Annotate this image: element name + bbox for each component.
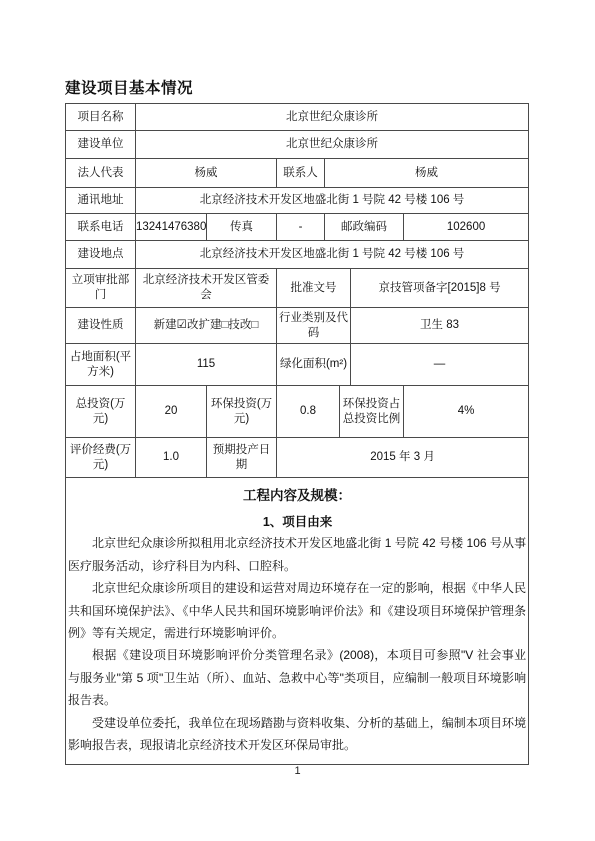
- project-content-cell: 工程内容及规模： 1、项目由来 北京世纪众康诊所拟租用北京经济技术开发区地盛北街…: [66, 478, 529, 765]
- page-title: 建设项目基本情况: [65, 76, 193, 98]
- table-row: 建设单位 北京世纪众康诊所: [66, 131, 529, 159]
- content-paragraph: 北京世纪众康诊所拟租用北京经济技术开发区地盛北街 1 号院 42 号楼 106 …: [68, 532, 526, 577]
- project-name-label: 项目名称: [66, 104, 136, 131]
- table-row: 法人代表 杨威 联系人 杨威: [66, 159, 529, 188]
- env-investment-ratio-label: 环保投资占总投资比例: [340, 386, 404, 438]
- content-paragraph: 北京世纪众康诊所项目的建设和运营对周边环境存在一定的影响，根据《中华人民共和国环…: [68, 577, 526, 644]
- approval-number-value: 京技管项备字[2015]8 号: [351, 269, 529, 308]
- construction-nature-label: 建设性质: [66, 308, 136, 344]
- project-name-value: 北京世纪众康诊所: [136, 104, 529, 131]
- table-row: 立项审批部门 北京经济技术开发区管委会 批准文号 京技管项备字[2015]8 号: [66, 269, 529, 308]
- evaluation-fee-value: 1.0: [136, 438, 207, 478]
- construction-site-label: 建设地点: [66, 241, 136, 269]
- expected-production-date-value: 2015 年 3 月: [277, 438, 529, 478]
- table-row: 工程内容及规模： 1、项目由来 北京世纪众康诊所拟租用北京经济技术开发区地盛北街…: [66, 478, 529, 765]
- phone-value: 13241476380: [136, 214, 207, 241]
- env-investment-ratio-value: 4%: [404, 386, 529, 438]
- postal-code-value: 102600: [404, 214, 529, 241]
- land-area-label: 占地面积(平方米): [66, 344, 136, 386]
- document-page: 建设项目基本情况 项目名称 北京世纪众康诊所 建设单位 北京世纪众康诊所 法人代…: [0, 0, 595, 841]
- fax-label: 传真: [207, 214, 277, 241]
- mailing-address-label: 通讯地址: [66, 188, 136, 214]
- table-row: 评价经费(万元) 1.0 预期投产日期 2015 年 3 月: [66, 438, 529, 478]
- industry-category-value: 卫生 83: [351, 308, 529, 344]
- land-area-value: 115: [136, 344, 277, 386]
- approval-department-value: 北京经济技术开发区管委会: [136, 269, 277, 308]
- table-row: 项目名称 北京世纪众康诊所: [66, 104, 529, 131]
- table-row: 占地面积(平方米) 115 绿化面积(m²) —: [66, 344, 529, 386]
- table-row: 建设性质 新建☑改扩建□技改□ 行业类别及代码 卫生 83: [66, 308, 529, 344]
- table-row: 通讯地址 北京经济技术开发区地盛北街 1 号院 42 号楼 106 号: [66, 188, 529, 214]
- contact-person-label: 联系人: [277, 159, 325, 188]
- postal-code-label: 邮政编码: [325, 214, 404, 241]
- table-row: 建设地点 北京经济技术开发区地盛北街 1 号院 42 号楼 106 号: [66, 241, 529, 269]
- total-investment-label: 总投资(万元): [66, 386, 136, 438]
- page-number: 1: [0, 765, 595, 777]
- phone-label: 联系电话: [66, 214, 136, 241]
- basic-info-table: 项目名称 北京世纪众康诊所 建设单位 北京世纪众康诊所 法人代表 杨威 联系人 …: [65, 103, 529, 765]
- content-paragraph: 受建设单位委托，我单位在现场踏勘与资料收集、分析的基础上，编制本项目环境影响报告…: [68, 712, 526, 757]
- green-area-value: —: [351, 344, 529, 386]
- content-subsection-title: 1、项目由来: [69, 514, 526, 530]
- content-section-heading: 工程内容及规模：: [68, 487, 526, 505]
- table-row: 联系电话 13241476380 传真 - 邮政编码 102600: [66, 214, 529, 241]
- table-row: 总投资(万元) 20 环保投资(万元) 0.8 环保投资占总投资比例 4%: [66, 386, 529, 438]
- construction-unit-value: 北京世纪众康诊所: [136, 131, 529, 159]
- construction-site-value: 北京经济技术开发区地盛北街 1 号院 42 号楼 106 号: [136, 241, 529, 269]
- env-investment-value: 0.8: [277, 386, 340, 438]
- mailing-address-value: 北京经济技术开发区地盛北街 1 号院 42 号楼 106 号: [136, 188, 529, 214]
- approval-number-label: 批准文号: [277, 269, 351, 308]
- industry-category-label: 行业类别及代码: [277, 308, 351, 344]
- approval-department-label: 立项审批部门: [66, 269, 136, 308]
- env-investment-label: 环保投资(万元): [207, 386, 277, 438]
- total-investment-value: 20: [136, 386, 207, 438]
- content-paragraph: 根据《建设项目环境影响评价分类管理名录》(2008)，本项目可参照"V 社会事业…: [68, 644, 526, 711]
- legal-representative-value: 杨威: [136, 159, 277, 188]
- legal-representative-label: 法人代表: [66, 159, 136, 188]
- fax-value: -: [277, 214, 325, 241]
- contact-person-value: 杨威: [325, 159, 529, 188]
- green-area-label: 绿化面积(m²): [277, 344, 351, 386]
- construction-nature-checkboxes: 新建☑改扩建□技改□: [136, 308, 277, 344]
- evaluation-fee-label: 评价经费(万元): [66, 438, 136, 478]
- expected-production-date-label: 预期投产日期: [207, 438, 277, 478]
- construction-unit-label: 建设单位: [66, 131, 136, 159]
